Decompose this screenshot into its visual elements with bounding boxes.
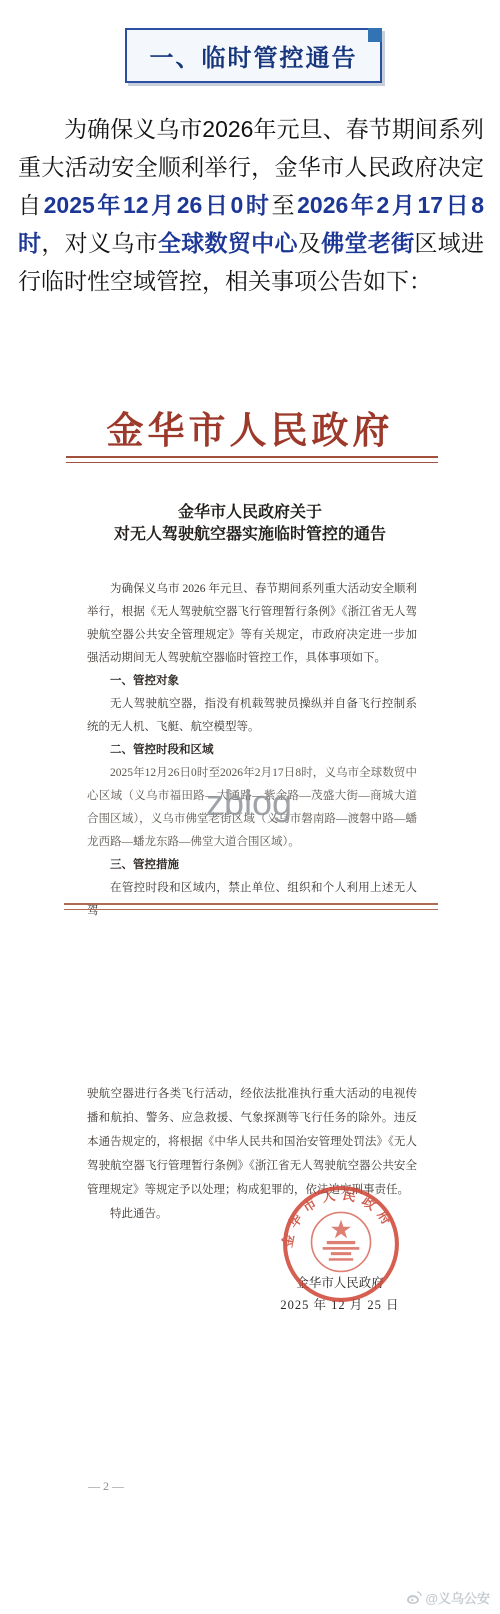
intro-highlight-area-1: 全球数贸中心 [158, 230, 298, 256]
section-title: 一、临时管控通告 [150, 38, 358, 73]
official-seal: 金华市人民政府 [280, 1183, 402, 1305]
document-letterhead: 金华市人民政府 [0, 400, 500, 454]
zblog-watermark: zblog [206, 782, 292, 824]
seal-emblem-icon [312, 1212, 371, 1271]
watermark-handle: @义乌公安 [425, 1588, 490, 1607]
document-title-line1: 金华市人民政府关于 [0, 502, 500, 524]
document-title-line2: 对无人驾驶航空器实施临时管控的通告 [0, 524, 500, 546]
intro-paragraph: 为确保义乌市2026年元旦、春节期间系列重大活动安全顺利举行，金华市人民政府决定… [18, 110, 484, 300]
svg-text:金华市人民政府: 金华市人民政府 [280, 1187, 398, 1249]
seal-arc-text: 金华市人民政府 [280, 1187, 398, 1249]
doc-heading-3: 三、管控措施 [87, 854, 417, 877]
article-page: 一、临时管控通告 为确保义乌市2026年元旦、春节期间系列重大活动安全顺利举行，… [0, 0, 500, 1614]
intro-highlight-area-2: 佛堂老街 [321, 230, 414, 256]
document-body-page1: 为确保义乌市 2026 年元旦、春节期间系列重大活动安全顺利举行，根据《无人驾驶… [87, 578, 417, 923]
page-number: — 2 — [88, 1479, 124, 1494]
weibo-badge-icon [406, 1591, 422, 1605]
doc-paragraph-4: 在管控时段和区域内，禁止单位、组织和个人利用上述无人驾 [87, 877, 417, 923]
bottom-right-watermark: @义乌公安 [406, 1588, 490, 1607]
letterhead-double-rule [66, 456, 438, 463]
section-header: 一、临时管控通告 [125, 28, 382, 83]
intro-text-3: ，对义乌市 [41, 230, 158, 256]
intro-text-2: 至 [272, 192, 298, 218]
document-title: 金华市人民政府关于 对无人驾驶航空器实施临时管控的通告 [0, 502, 500, 546]
intro-text-4: 及 [298, 230, 321, 256]
doc-paragraph-2: 无人驾驶航空器，指没有机载驾驶员操纵并自备飞行控制系统的无人机、飞艇、航空模型等… [87, 693, 417, 739]
doc-paragraph-1: 为确保义乌市 2026 年元旦、春节期间系列重大活动安全顺利举行，根据《无人驾驶… [87, 578, 417, 670]
corner-decoration-square [368, 28, 382, 42]
doc-heading-2: 二、管控时段和区域 [87, 739, 417, 762]
page-break-double-rule [64, 903, 438, 910]
intro-highlight-start-time: 2025年12月26日0时 [44, 192, 272, 218]
doc-heading-1: 一、管控对象 [87, 670, 417, 693]
